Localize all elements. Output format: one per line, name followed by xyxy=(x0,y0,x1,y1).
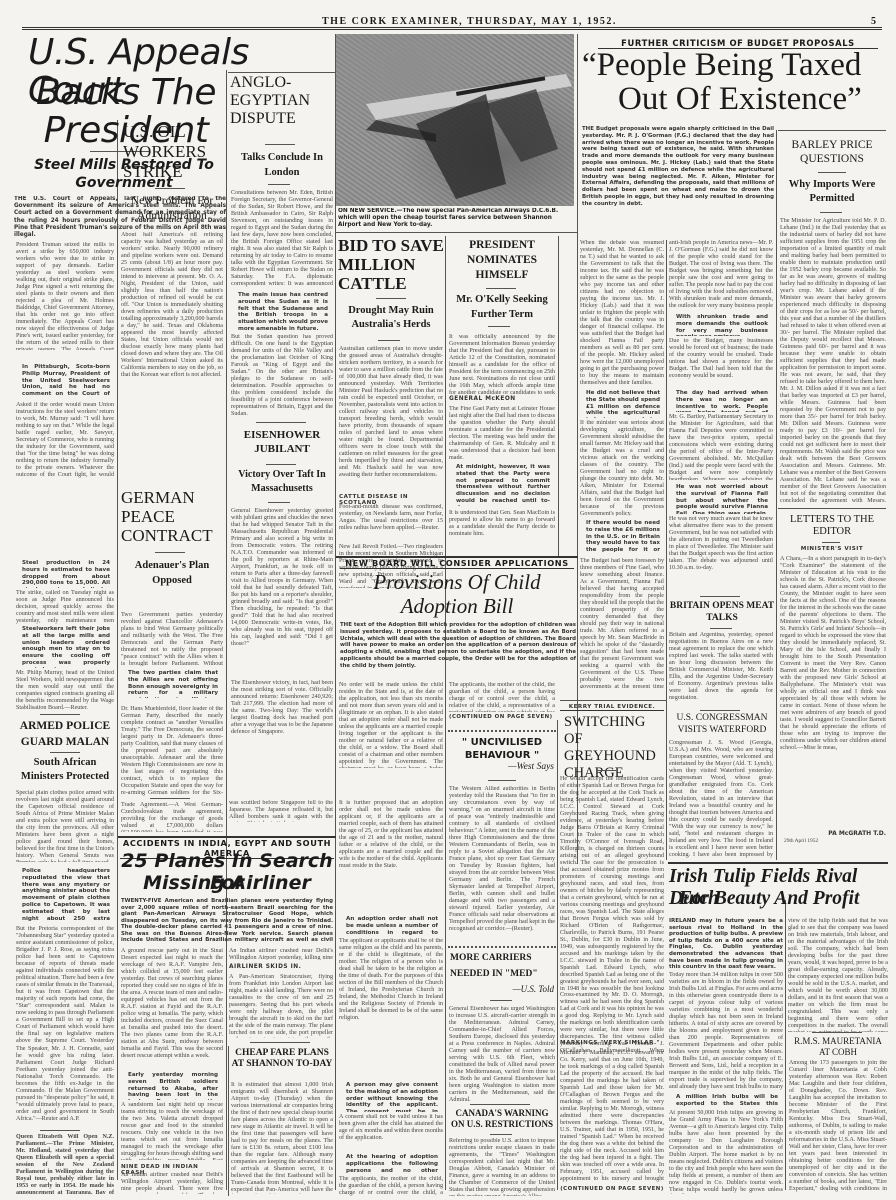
subhead-okelly: Mr. O'Kelly Seeking Further Term xyxy=(448,292,556,322)
headline-mauretania: R.M.S. MAURETANIA AT COBH xyxy=(788,1036,888,1058)
divider xyxy=(822,542,840,543)
body-president-2: The Fine Gael Party met at Leinster Hous… xyxy=(449,406,555,460)
continued-greyhound: (CONTINUED ON PAGE SEVEN) xyxy=(560,1186,664,1192)
lede-tulip: IRELAND may in future years be a serious… xyxy=(669,918,783,968)
note-trade-agreement: Trade Agreement.—A West German-Czechoslo… xyxy=(121,802,223,832)
headline-meat-talks: BRITAIN OPENS MEAT TALKS xyxy=(668,600,776,624)
body-letters: A Chara,—In a short paragraph in to-day'… xyxy=(780,556,886,828)
column-rule xyxy=(776,130,777,860)
divider xyxy=(778,508,886,509)
note-british-soldiers: Early yesterday morning seven British so… xyxy=(122,1070,224,1100)
body-budget-right: anti-Irish people in America news—Mr. P.… xyxy=(669,240,773,310)
divider xyxy=(40,714,80,715)
lede-adoption: THE text of the Adoption Bill which prov… xyxy=(340,622,576,678)
body-cruiser-fragment: was scuttled before Singapore fell to th… xyxy=(229,800,333,822)
body-cattle: Australian cattlemen plan to move under … xyxy=(339,346,443,492)
photo-caption: ON NEW SERVICE.—The new special Pan-Amer… xyxy=(338,208,576,230)
body-planes-continuation: An Indian airliner crashed near Delhi's … xyxy=(229,948,333,960)
headline-canada-warning: CANADA'S WARNING ON U.S. RESTRICTIONS xyxy=(448,1108,556,1130)
note-budget-shrunken: With shrunken trade and more demands the… xyxy=(670,312,774,336)
note-police-hq: Police headquarters repudiated the view … xyxy=(16,866,116,922)
kicker-kerry-trial: KERRY TRIAL EVIDENCE. xyxy=(560,704,664,711)
divider xyxy=(470,1104,530,1105)
body-appeals: President Truman seized the mills to ave… xyxy=(16,242,114,350)
body-budget-right-2: Due to the Budget, many businesses would… xyxy=(669,338,773,386)
note-queen-nz: Queen Elizabeth Will Open N.Z. Parliamen… xyxy=(16,1134,114,1194)
divider xyxy=(596,770,616,771)
divider xyxy=(266,464,296,465)
headline-more-carriers: MORE CARRIERS NEEDED IN "MED" xyxy=(450,950,556,982)
divider xyxy=(256,422,306,423)
note-steel-production: Steel production in 24 hours is estimate… xyxy=(16,558,116,588)
body-barley: The Minister for Agriculture told Mr. P.… xyxy=(780,218,886,504)
body-president: It was officially announced by the Gover… xyxy=(449,334,555,394)
subhead-south-african: South African Ministers Protected xyxy=(14,756,116,784)
note-sudan: The main issue has centred around the Su… xyxy=(232,290,334,330)
divider xyxy=(268,502,290,503)
note-appeals-murray: In Pittsburgh, Scots-born Philip Murray,… xyxy=(16,362,116,398)
body-german-2: Dr. Hans Muehlenfeld, floor leader of th… xyxy=(121,706,223,796)
headline-child-adoption: Provisions Of Child xyxy=(338,570,576,594)
note-consent: A person may give consent to the making … xyxy=(340,1080,444,1112)
body-tulip-2: At present 50,000 Irish tulips are growi… xyxy=(669,1110,783,1194)
body-president-3: It is understood that Gen. Sean MacEoin … xyxy=(449,510,555,550)
letter-date: 29th April 1952 xyxy=(784,838,844,846)
body-tulip-right: view of the tulip fields said that he wa… xyxy=(788,918,888,1032)
divider xyxy=(486,288,516,289)
divider xyxy=(488,780,516,781)
body-anglo-egyptian-2: But the Sudan question has proved diffic… xyxy=(231,334,333,418)
body-adoption-religion: The applicant or applicants shall be of … xyxy=(339,938,443,1042)
headline-armed-police: ARMED POLICE GUARD MALAN xyxy=(14,718,116,750)
body-adoption-left: No order will be made unless the child r… xyxy=(339,682,443,768)
body-mauretania: Among the 173 passengers to join the Cun… xyxy=(789,1060,887,1192)
continued-adoption: (CONTINUED ON PAGE SEVEN) xyxy=(449,714,555,720)
column-rule xyxy=(226,70,227,1190)
divider xyxy=(820,212,842,213)
headline-president-nominates: PRESIDENT NOMINATES HIMSELF xyxy=(448,238,556,283)
body-cattle-disease: Foot-and-mouth disease was confirmed, ye… xyxy=(339,504,443,538)
note-million-bulbs: A million Irish bulbs will be exported t… xyxy=(670,1092,784,1108)
body-budget-left-3: The Budget had been foreseen by three me… xyxy=(580,558,664,688)
divider xyxy=(668,862,888,864)
headline-oil-workers: U.S. OIL WORKERS STRIKE xyxy=(120,122,224,182)
subhead-oil-problem: New Problem For Administration xyxy=(120,194,224,224)
masthead: THE CORK EXAMINER, THURSDAY, MAY 1, 1952… xyxy=(22,16,882,30)
divider xyxy=(40,1130,80,1131)
byline-us-told: —U.S. Told xyxy=(448,984,554,994)
box-rule xyxy=(228,72,336,73)
note-hearing: At the hearing of adoption applications … xyxy=(340,1152,444,1174)
headline-anglo-egyptian: ANGLO-EGYPTIAN DISPUTE xyxy=(230,74,334,128)
headline-appeals-court-line-2: Backs The xyxy=(28,74,224,112)
kicker-airliner-skids: AIRLINER SKIDS IN. xyxy=(229,964,333,970)
body-german: Two Government parties yesterday revolte… xyxy=(121,612,223,666)
body-greyhound-3: Michael J. Manahan, I.C.C. steward for C… xyxy=(560,1050,664,1182)
headline-letters: LETTERS TO THE EDITOR xyxy=(778,514,886,538)
note-religion-conditions: An adoption order shall not be made unle… xyxy=(340,914,444,936)
body-malan-2: But the Pretoria correspondent of the "J… xyxy=(16,926,114,1044)
headline-eisenhower: EISENHOWER JUBILANT xyxy=(230,428,334,456)
divider xyxy=(155,552,185,553)
column-rule xyxy=(666,240,667,860)
note-budget-survival: He was not worried about the survival of… xyxy=(670,482,774,514)
divider xyxy=(50,752,80,753)
lede-planes: TWENTY-FIVE American and Brazilian plane… xyxy=(121,898,333,944)
divider xyxy=(700,596,740,597)
subhead-drought: Drought May Ruin Australia's Herds xyxy=(338,304,444,332)
subhead-adenauer: Adenauer's Plan Opposed xyxy=(120,558,224,588)
headline-barley: BARLEY PRICE QUESTIONS xyxy=(778,138,886,166)
column-rule xyxy=(558,236,559,556)
body-greyhound: He would accept the identification cards… xyxy=(560,776,664,990)
headline-greyhound: SWITCHING OF GREYHOUND CHARGE xyxy=(564,714,664,782)
divider xyxy=(336,232,578,233)
divider xyxy=(155,188,185,189)
letters-sub-ministers-visit: MINISTER'S VISIT xyxy=(778,546,886,552)
divider xyxy=(488,326,510,327)
box-rule xyxy=(778,130,886,131)
body-oil: About half America's oil refining capaci… xyxy=(121,232,223,480)
body-adoption-mid-top: The applicants, the mother of the child,… xyxy=(449,682,555,712)
divider xyxy=(448,730,556,732)
body-cheap-fare: It is estimated that almost 1,000 Irish … xyxy=(231,1082,333,1194)
headline-missing-airliner: Missing Airliner xyxy=(120,872,334,894)
box-rule xyxy=(228,1046,229,1196)
body-indian-crash: An Indian airliner crashed near Delhi's … xyxy=(121,1172,223,1194)
headline-cheap-fare: CHEAP FARE PLANS AT SHANNON TO-DAY xyxy=(230,1048,334,1070)
divider xyxy=(490,1000,512,1001)
body-budget-left-2: If the minister was serious about develo… xyxy=(580,420,664,516)
page-number: 5 xyxy=(871,16,876,27)
body-eisenhower-2: The Eisenhower victory, in fact, had bee… xyxy=(231,680,333,794)
note-budget-millions: If there would be need to raise the £6 m… xyxy=(580,518,666,554)
body-adoption-mid: It is further proposed that an adoption … xyxy=(339,800,443,912)
headline-german-peace: GERMAN PEACE CONTRACT xyxy=(121,488,225,545)
body-malan-3: The Speaker, Mr. J. H. Conradie, said he… xyxy=(16,1046,114,1128)
headline-uncivilised: " UNCIVILISED BEHAVIOUR " xyxy=(448,736,556,762)
body-canada: Referring to possible U.S. action to imp… xyxy=(449,1138,555,1196)
body-appeals-3: The strike, called on Tuesday night as s… xyxy=(16,590,114,624)
divider xyxy=(376,298,406,299)
body-appeals-4: Mr. Philip Murray, head of the United St… xyxy=(16,670,114,712)
kicker-new-board: NEW BOARD WILL CONSIDER APPLICATIONS xyxy=(340,558,574,569)
airplane-photo-icon xyxy=(336,34,574,206)
body-budget-right-3: Mr. G. Bartley, Parliamentary Secretary … xyxy=(669,414,773,480)
subhead-victory-taft: Victory Over Taft In Massachusetts xyxy=(230,468,334,496)
body-meat-talks: Britain and Argentina, yesterday, opened… xyxy=(669,632,773,708)
divider xyxy=(268,184,290,185)
headline-bid-to-save: BID TO SAVE MILLION CATTLE xyxy=(338,236,444,293)
divider xyxy=(710,628,732,629)
divider xyxy=(448,946,556,948)
divider xyxy=(700,710,740,711)
divider xyxy=(150,798,190,799)
divider xyxy=(812,1032,862,1033)
masthead-title: THE CORK EXAMINER, THURSDAY, MAY 1, 1952… xyxy=(322,16,617,27)
lede-budget: THE Budget proposals were again sharply … xyxy=(582,126,774,226)
note-budget-defence: He did not believe that the State should… xyxy=(580,388,666,418)
body-adoption-consent: A consent shall not be valid unless it h… xyxy=(339,1114,443,1150)
body-appeals-2: Asked if the order would mean Union inst… xyxy=(16,402,114,478)
body-planes: A ground rescue party out in the Sinai D… xyxy=(121,948,223,1068)
subhead-talks-conclude: Talks Conclude In London xyxy=(230,150,334,180)
subhead-barley-imports: Why Imports Were Permitted xyxy=(778,178,886,206)
body-malan: Special plain clothes police armed with … xyxy=(16,790,114,862)
divider xyxy=(250,1042,310,1043)
body-eisenhower: General Eisenhower yesterday greeted wit… xyxy=(231,508,333,678)
body-uncivilised: The Western Allied authorities in Berlin… xyxy=(449,786,555,932)
divider xyxy=(560,700,666,701)
note-fine-gael: At midnight, however, it was stated that… xyxy=(450,462,556,506)
headline-people-taxed: “People Being Taxed xyxy=(582,48,892,82)
note-german-parties: The two parties claim that the Allies ar… xyxy=(122,668,224,698)
body-adoption-applicants: The applicants, the mother of the child,… xyxy=(339,1176,443,1196)
note-budget-incentive: The day had arrived when there was no lo… xyxy=(670,388,774,412)
divider xyxy=(265,144,295,145)
body-carriers: General Eisenhower has urged Washington … xyxy=(449,1006,555,1102)
divider xyxy=(490,1134,512,1135)
headline-adoption-bill: Adoption Bill xyxy=(338,594,576,618)
headline-congressman: U.S. CONGRESSMAN VISITS WATERFORD xyxy=(668,712,776,736)
headline-beauty-profit: For Beauty And Profit xyxy=(669,888,869,910)
column-rule xyxy=(445,680,446,720)
body-planes-2: A sandstorm last night held up rescue te… xyxy=(121,1102,223,1160)
column-rule xyxy=(117,120,118,1180)
photo-pan-american-airliner xyxy=(336,34,574,206)
kicker-general-mckeon: GENERAL McKEON xyxy=(449,396,555,402)
body-airliner-skids: A Pan-American Stratocruiser, flying fro… xyxy=(229,974,333,1038)
body-budget-right-4: He was not very much aware that he knew … xyxy=(669,516,773,588)
body-congressman: Congressman J. S. Wood (Georgia, U.S.A.)… xyxy=(669,740,773,858)
column-rule xyxy=(785,900,786,1190)
byline-west-says: —West Says xyxy=(448,762,554,772)
letter-signoff: PA McGRATH T.D. xyxy=(780,830,886,837)
column-rule xyxy=(335,34,336,1190)
body-budget-left: When the debate was resumed yesterday, M… xyxy=(580,240,664,386)
body-anglo-egyptian: Consultations between Mr. Eden, British … xyxy=(231,190,333,288)
divider xyxy=(818,172,846,173)
kicker-markings: MARKINGS "VERY SIMILAR." xyxy=(560,1040,664,1046)
headline-out-of-existence: Out Of Existence” xyxy=(618,82,878,116)
note-steelworkers: Steelworkers left their jobs at all the … xyxy=(16,624,116,668)
divider xyxy=(378,340,400,341)
column-rule xyxy=(557,720,558,1190)
body-tulip: Today more than 34 million tulips in ove… xyxy=(669,972,783,1090)
